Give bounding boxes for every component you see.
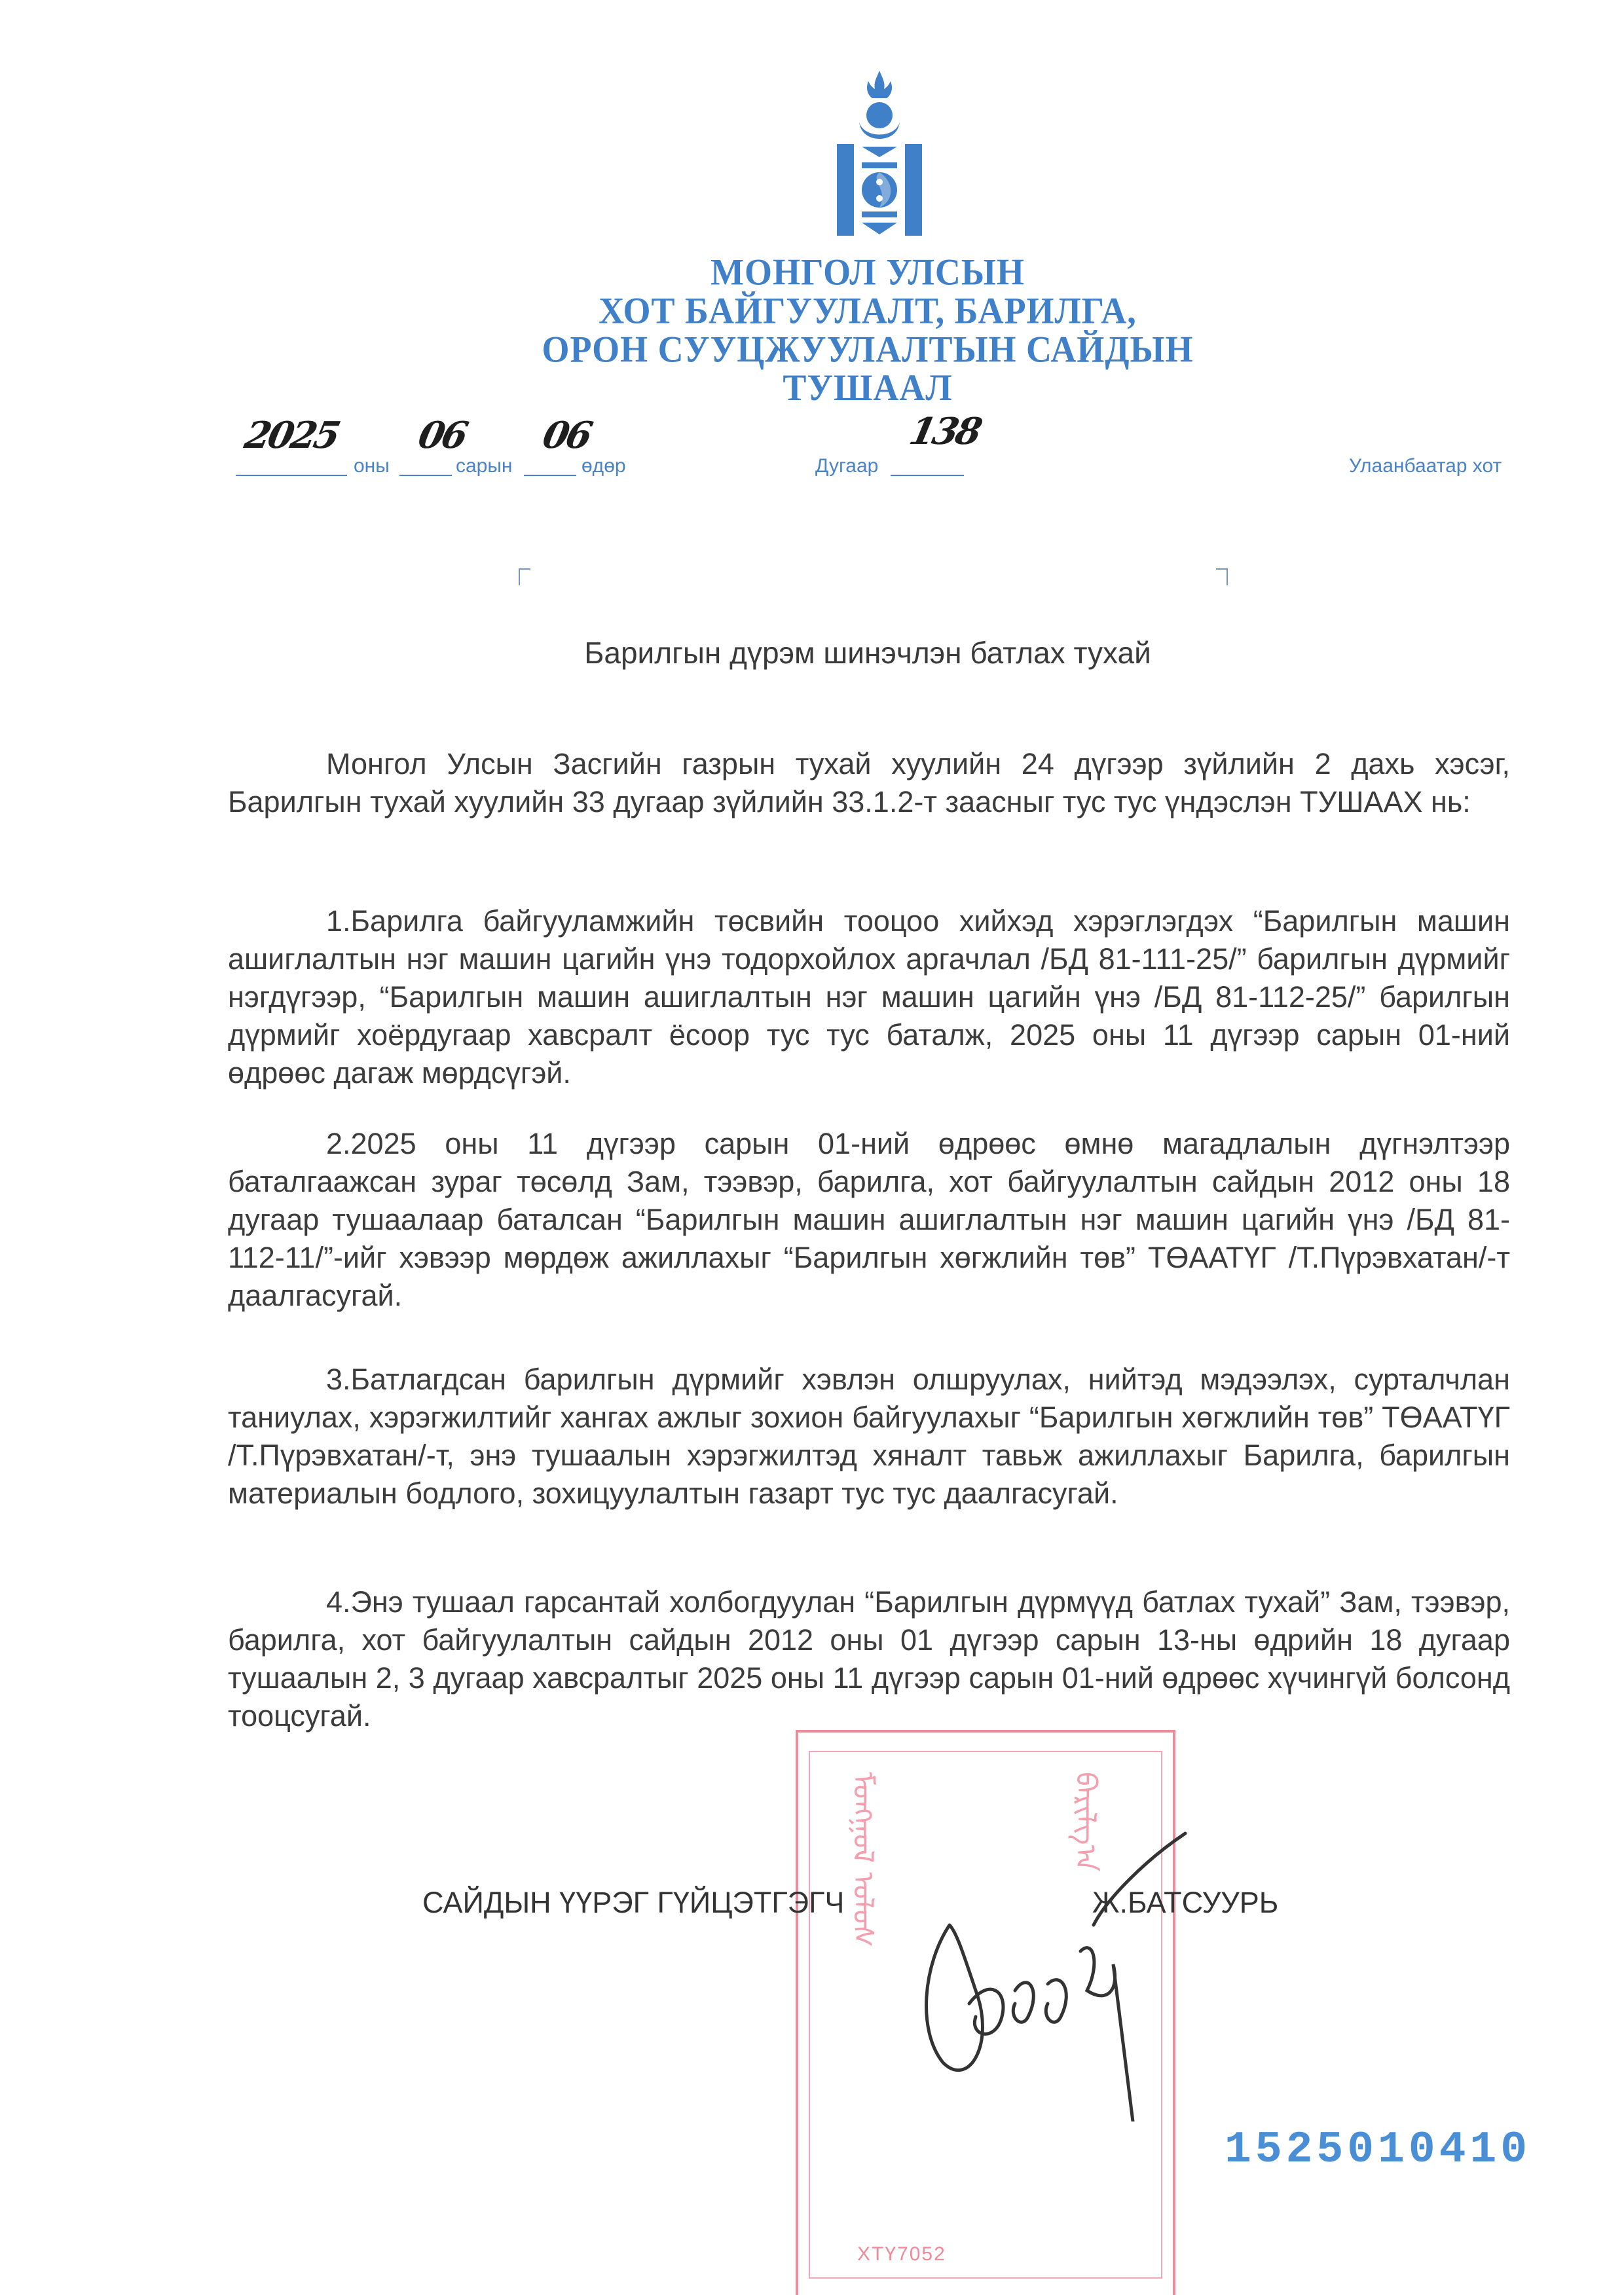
order-number-handwritten: 138 [906,410,984,453]
order-item-3: 3.Батлагдсан барилгын дүрмийг хэвлэн олш… [228,1361,1510,1513]
month-handwritten: 06 [415,414,470,457]
order-item-1: 1.Барилга байгууламжийн төсвийн тооцоо х… [228,902,1510,1092]
order-item-text: 4.Энэ тушаал гарсантай холбогдуулан “Бар… [228,1583,1510,1735]
city-label: Улаанбаатар хот [1349,455,1502,477]
document-subject: Барилгын дүрэм шинэчлэн батлах тухай [393,635,1342,670]
year-underline [236,475,347,476]
document-page: МОНГОЛ УЛСЫН ХОТ БАЙГУУЛАЛТ, БАРИЛГА, ОР… [0,0,1624,2295]
registration-number: 1525010410 [1225,2125,1531,2175]
order-item-4: 4.Энэ тушаал гарсантай холбогдуулан “Бар… [228,1583,1510,1735]
month-underline [399,475,452,476]
order-item-text: 3.Батлагдсан барилгын дүрмийг хэвлэн олш… [228,1361,1510,1513]
number-label: Дугаар [815,455,878,477]
year-handwritten: 2025 [241,414,342,457]
subject-corner-mark [519,568,530,585]
day-label: өдөр [581,455,626,477]
handwritten-signature [897,1755,1225,2121]
order-item-2: 2.2025 оны 11 дүгээр сарын 01-ний өдрөөс… [228,1125,1510,1315]
month-label: сарын [456,455,513,477]
stamp-code: ХТҮ7052 [857,2243,972,2266]
order-item-text: 2.2025 оны 11 дүгээр сарын 01-ний өдрөөс… [228,1125,1510,1315]
number-underline [891,475,964,476]
signature-block: САЙДЫН ҮҮРЭГ ГҮЙЦЭТГЭГЧ Ж.БАТСУУРЬ [0,1886,1624,1938]
preamble-paragraph: Монгол Улсын Засгийн газрын тухай хуулий… [228,745,1510,821]
issuing-authority-title: МОНГОЛ УЛСЫН ХОТ БАЙГУУЛАЛТ, БАРИЛГА, ОР… [393,253,1342,407]
soyombo-emblem-icon [837,71,922,241]
signatory-name: Ж.БАТСУУРЬ [1092,1886,1278,1920]
day-underline [524,475,576,476]
document-meta: 2025 оны 06 сарын 06 өдөр Дугаар 138 Ула… [0,419,1624,485]
document-type: ТУШААЛ [393,369,1342,407]
signatory-title: САЙДЫН ҮҮРЭГ ГҮЙЦЭТГЭГЧ [422,1886,844,1920]
org-line: ХОТ БАЙГУУЛАЛТ, БАРИЛГА, [393,291,1342,330]
stamp-mongolian-script: ᠮᠣᠩᠭᠣᠯ ᠤᠯᠤᠰ [838,1772,888,2243]
org-line: ОРОН СУУЦЖУУЛАЛТЫН САЙДЫН [393,330,1342,369]
year-label: оны [354,455,390,477]
org-line: МОНГОЛ УЛСЫН [393,253,1342,291]
subject-corner-mark [1216,568,1228,585]
day-handwritten: 06 [539,414,594,457]
order-item-text: 1.Барилга байгууламжийн төсвийн тооцоо х… [228,902,1510,1092]
preamble-text: Монгол Улсын Засгийн газрын тухай хуулий… [228,745,1510,821]
